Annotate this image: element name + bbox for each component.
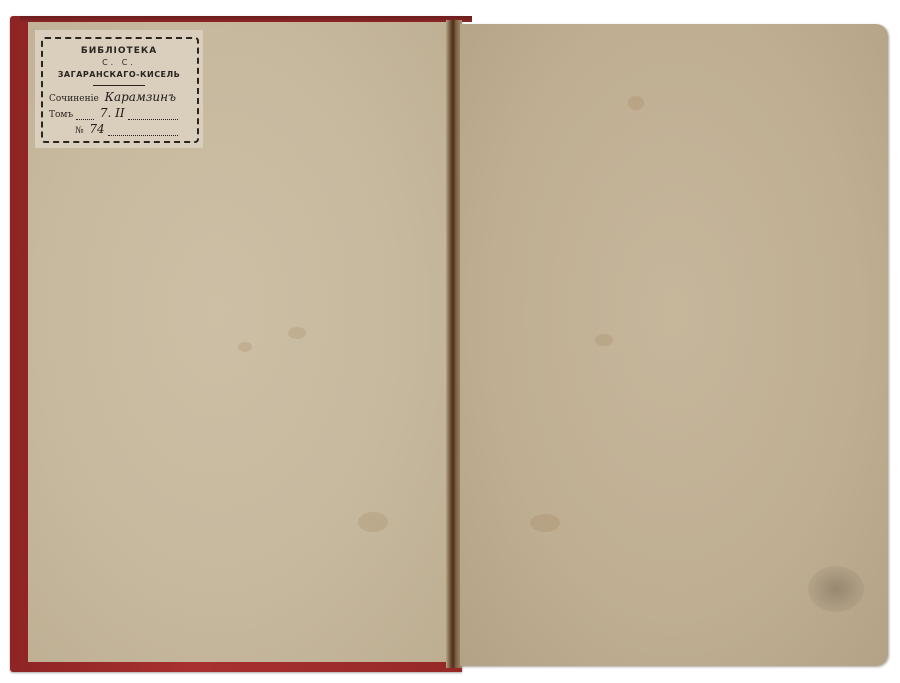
volume-label: Томъ xyxy=(49,110,73,120)
foxing-stain xyxy=(530,514,560,532)
bookplate-owner: ЗАГАРАНСКАГО-КИСЕЛЬ xyxy=(35,70,203,79)
foxing-stain xyxy=(628,96,644,110)
foxing-stain xyxy=(238,342,252,352)
dotted-leader xyxy=(108,135,178,136)
work-label: Сочиненiе xyxy=(49,94,99,104)
bookplate-title: БИБЛIОТЕКА xyxy=(35,46,203,56)
number-label: № xyxy=(75,126,84,136)
dotted-leader xyxy=(76,119,94,120)
fingerprint-smudge xyxy=(808,566,864,612)
bookplate-divider xyxy=(93,85,145,86)
work-value: Карамзинъ xyxy=(105,90,176,104)
bookplate-volume-field: Томъ 7. II xyxy=(49,106,178,120)
bookplate-work-field: Сочиненiе Карамзинъ xyxy=(49,90,176,104)
bookplate-number-field: № 74 xyxy=(75,122,178,136)
foxing-stain xyxy=(595,334,613,346)
bookplate-initials: С. С. xyxy=(35,58,203,67)
number-value: 74 xyxy=(89,122,104,136)
dotted-leader xyxy=(128,119,178,120)
volume-value: 7. II xyxy=(100,106,125,120)
foxing-stain xyxy=(358,512,388,532)
foxing-stain xyxy=(288,327,306,339)
library-bookplate: БИБЛIОТЕКА С. С. ЗАГАРАНСКАГО-КИСЕЛЬ Соч… xyxy=(35,30,203,148)
